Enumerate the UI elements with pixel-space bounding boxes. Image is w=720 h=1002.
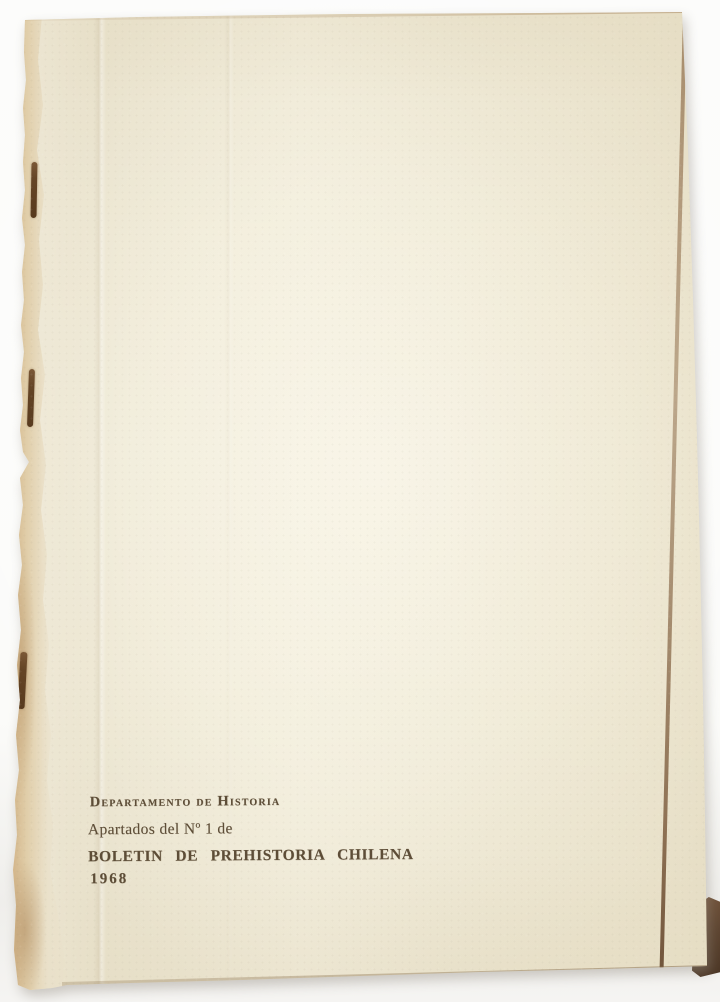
booklet-cover: Departamento de Historia Apartados del N…: [0, 0, 720, 1002]
imprint-block: Departamento de Historia Apartados del N…: [88, 793, 449, 900]
imprint-offprint-note: Apartados del Nº 1 de: [88, 821, 233, 838]
booklet-shadow-wrap: Departamento de Historia Apartados del N…: [0, 0, 720, 1002]
photo-background: Departamento de Historia Apartados del N…: [0, 0, 720, 1002]
imprint-bulletin-title: BOLETIN DE PREHISTORIA CHILENA: [88, 847, 414, 865]
imprint-department: Departamento de Historia: [90, 794, 281, 810]
imprint-year: 1968: [90, 872, 128, 887]
